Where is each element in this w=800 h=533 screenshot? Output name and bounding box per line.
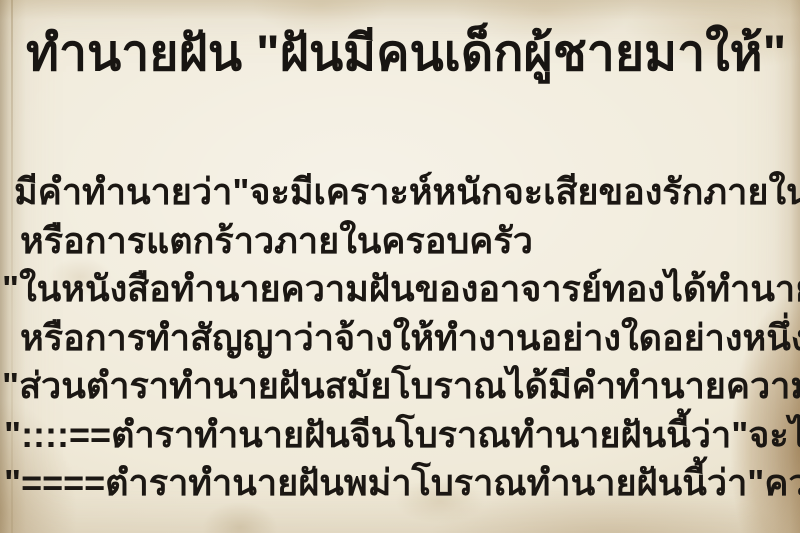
body-line: "ในหนังสือทำนายความฝันของอาจารย์ทองได้ทำ… bbox=[2, 265, 800, 314]
body-line: "ส่วนตำราทำนายฝันสมัยโบราณได้มีคำทำนายคว… bbox=[2, 362, 800, 411]
body-line: หรือการทำสัญญาว่าจ้างให้ทำงานอย่างใดอย่า… bbox=[20, 314, 800, 363]
page-title: ทำนายฝัน "ฝันมีคนเด็กผู้ชายมาให้" bbox=[26, 16, 786, 91]
interpretation-text: มีคำทำนายว่า"จะมีเคราะห์หนักจะเสียของรัก… bbox=[0, 168, 800, 508]
body-line: หรือการแตกร้าวภายในครอบครัว bbox=[20, 217, 800, 266]
body-line: "::::==ตำราทำนายฝันจีนโบราณทำนายฝันนี้ว่… bbox=[4, 411, 800, 460]
body-line: "====ตำราทำนายฝันพม่าโบราณทำนายฝันนี้ว่า… bbox=[4, 459, 800, 508]
body-line: มีคำทำนายว่า"จะมีเคราะห์หนักจะเสียของรัก… bbox=[14, 168, 800, 217]
paper-background: ทำนายฝัน "ฝันมีคนเด็กผู้ชายมาให้" มีคำทำ… bbox=[0, 0, 800, 533]
